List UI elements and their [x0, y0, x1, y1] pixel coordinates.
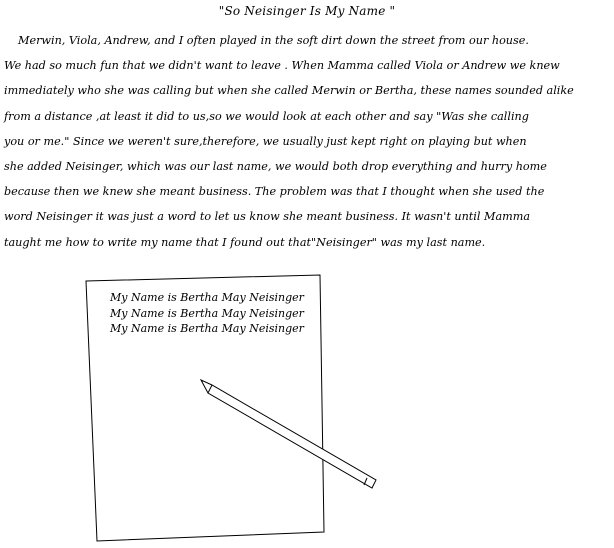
story-line: from a distance ,at least it did to us,s…: [4, 104, 610, 129]
practice-line: My Name is Bertha May Neisinger: [110, 321, 304, 337]
story-line: Merwin, Viola, Andrew, and I often playe…: [4, 28, 610, 53]
pencil-icon: [201, 380, 376, 488]
story-line: you or me." Since we weren't sure,theref…: [4, 129, 610, 154]
handwriting-practice: My Name is Bertha May Neisinger My Name …: [110, 290, 304, 337]
practice-line: My Name is Bertha May Neisinger: [110, 290, 304, 306]
practice-line: My Name is Bertha May Neisinger: [110, 306, 304, 322]
story-line: taught me how to write my name that I fo…: [4, 230, 610, 255]
story-body: Merwin, Viola, Andrew, and I often playe…: [4, 28, 610, 255]
story-line: We had so much fun that we didn't want t…: [4, 53, 610, 78]
story-line: immediately who she was calling but when…: [4, 78, 610, 103]
story-line: word Neisinger it was just a word to let…: [4, 204, 610, 229]
story-line: because then we knew she meant business.…: [4, 179, 610, 204]
story-title: "So Neisinger Is My Name ": [0, 4, 614, 18]
story-line: she added Neisinger, which was our last …: [4, 154, 610, 179]
